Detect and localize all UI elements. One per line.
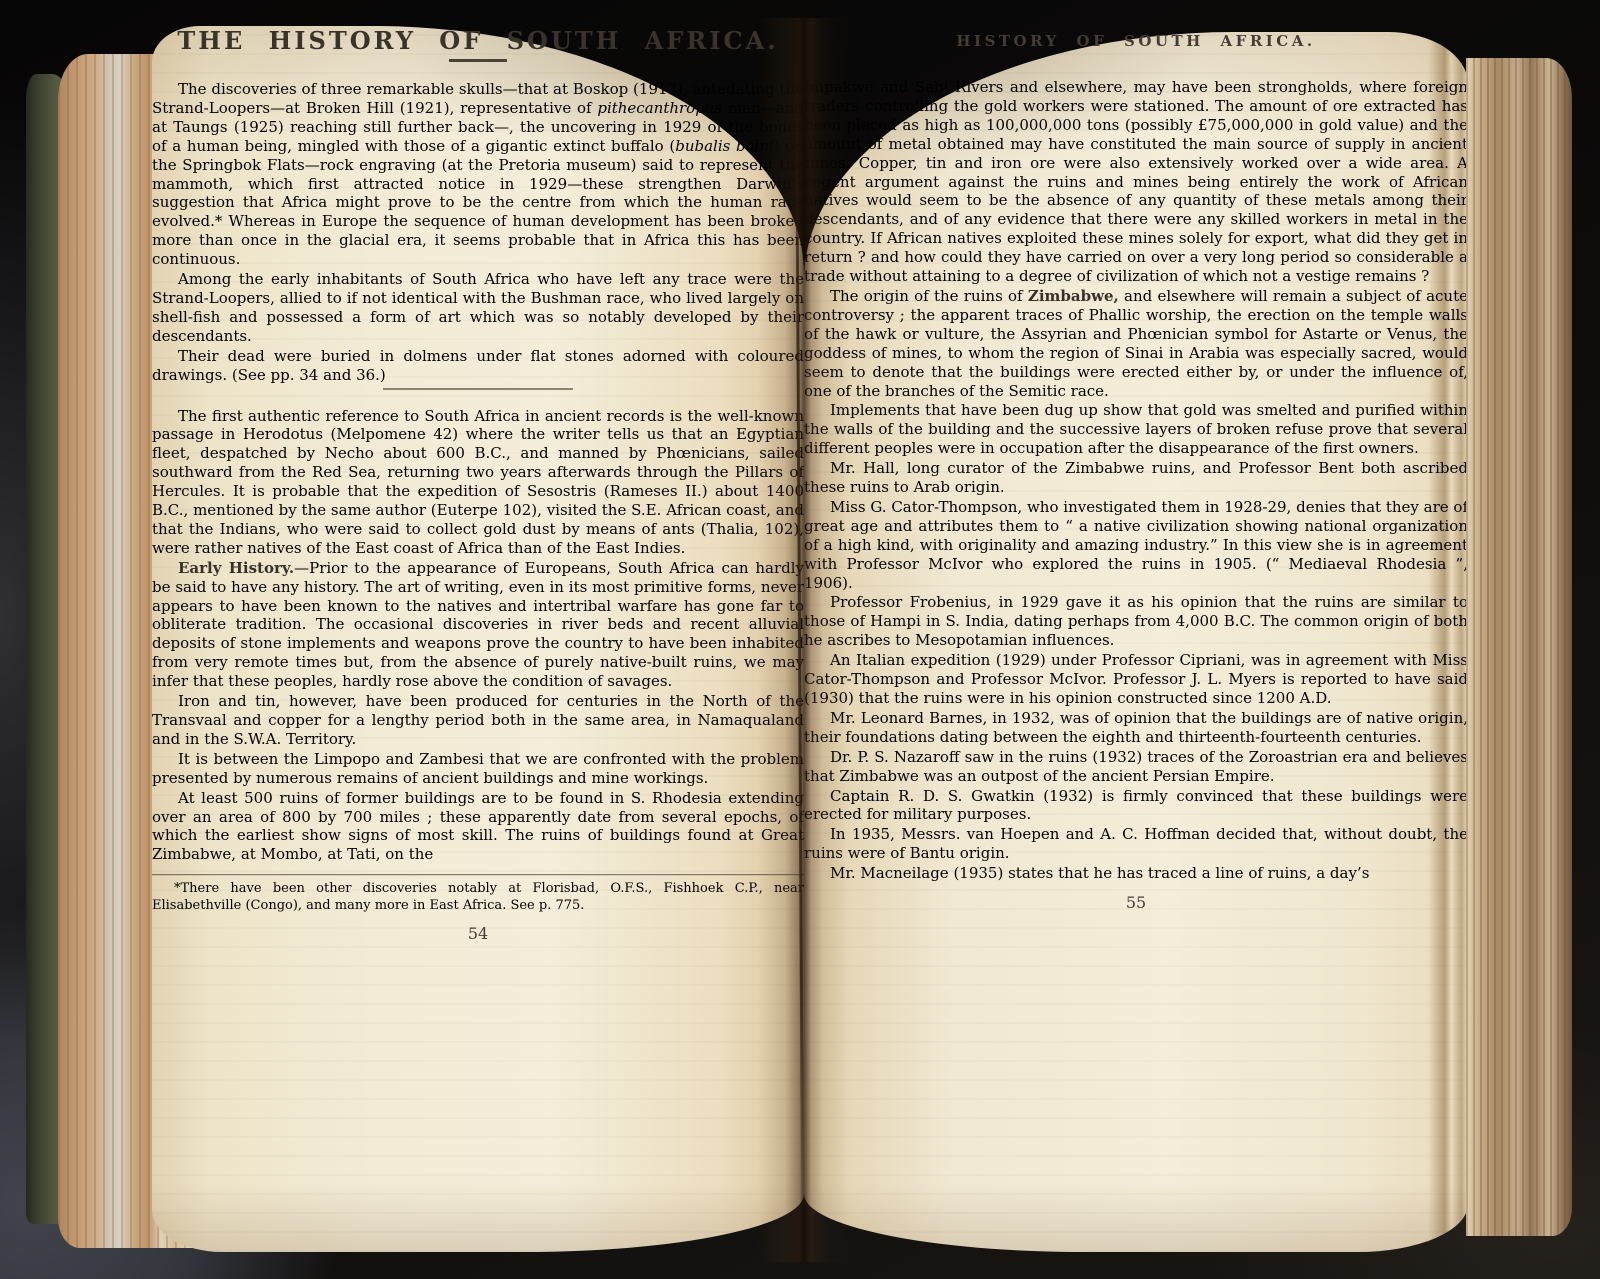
paragraph: Mr. Macneilage (1935) states that he has…: [804, 864, 1468, 883]
book-photo-backdrop: THE HISTORY OF SOUTH AFRICA. The discove…: [0, 0, 1600, 1279]
paragraph: Early History.—Prior to the appearance o…: [152, 559, 804, 691]
left-page: THE HISTORY OF SOUTH AFRICA. The discove…: [152, 26, 804, 1252]
paragraph: Mr. Leonard Barnes, in 1932, was of opin…: [804, 709, 1468, 747]
paragraph: Among the early inhabitants of South Afr…: [152, 270, 804, 346]
running-header: HISTORY OF SOUTH AFRICA.: [804, 32, 1468, 50]
paragraph: Miss G. Cator-Thompson, who investigated…: [804, 498, 1468, 593]
footnote: *There have been other discoveries notab…: [152, 881, 804, 914]
paragraph: Captain R. D. S. Gwatkin (1932) is firml…: [804, 787, 1468, 825]
right-paragraph-group: Impakwe and Sabi Rivers and elsewhere, m…: [804, 78, 1468, 883]
paragraph: An Italian expedition (1929) under Profe…: [804, 651, 1468, 708]
paragraph: The origin of the ruins of Zimbabwe, and…: [804, 287, 1468, 400]
paragraph: At least 500 ruins of former buildings a…: [152, 789, 804, 865]
left-paragraph-group-bottom: The first authentic reference to South A…: [152, 407, 804, 865]
paragraph: Implements that have been dug up show th…: [804, 401, 1468, 458]
paragraph: Their dead were buried in dolmens under …: [152, 347, 804, 385]
left-page-text-block: THE HISTORY OF SOUTH AFRICA. The discove…: [152, 26, 804, 943]
right-page-text-block: HISTORY OF SOUTH AFRICA. Impakwe and Sab…: [804, 32, 1468, 912]
paragraph: The first authentic reference to South A…: [152, 407, 804, 558]
paragraph: Professor Frobenius, in 1929 gave it as …: [804, 593, 1468, 650]
left-page-number: 54: [152, 924, 804, 943]
left-paragraph-group-top: The discoveries of three remarkable skul…: [152, 80, 804, 385]
footnote-rule: [152, 874, 804, 875]
paragraph: It is between the Limpopo and Zambesi th…: [152, 750, 804, 788]
paragraph: Dr. P. S. Nazaroff saw in the ruins (193…: [804, 748, 1468, 786]
right-page-edge-stack: [1466, 58, 1572, 1236]
paragraph: In 1935, Messrs. van Hoepen and A. C. Ho…: [804, 825, 1468, 863]
title-rule: [449, 59, 507, 62]
paragraph: Iron and tin, however, have been produce…: [152, 692, 804, 749]
section-divider-rule: [383, 388, 573, 390]
paragraph: Mr. Hall, long curator of the Zimbabwe r…: [804, 459, 1468, 497]
right-page: HISTORY OF SOUTH AFRICA. Impakwe and Sab…: [804, 32, 1468, 1252]
page-title: THE HISTORY OF SOUTH AFRICA.: [152, 26, 804, 55]
paragraph: Impakwe and Sabi Rivers and elsewhere, m…: [804, 78, 1468, 286]
right-page-number: 55: [804, 893, 1468, 912]
paragraph: The discoveries of three remarkable skul…: [152, 80, 804, 269]
